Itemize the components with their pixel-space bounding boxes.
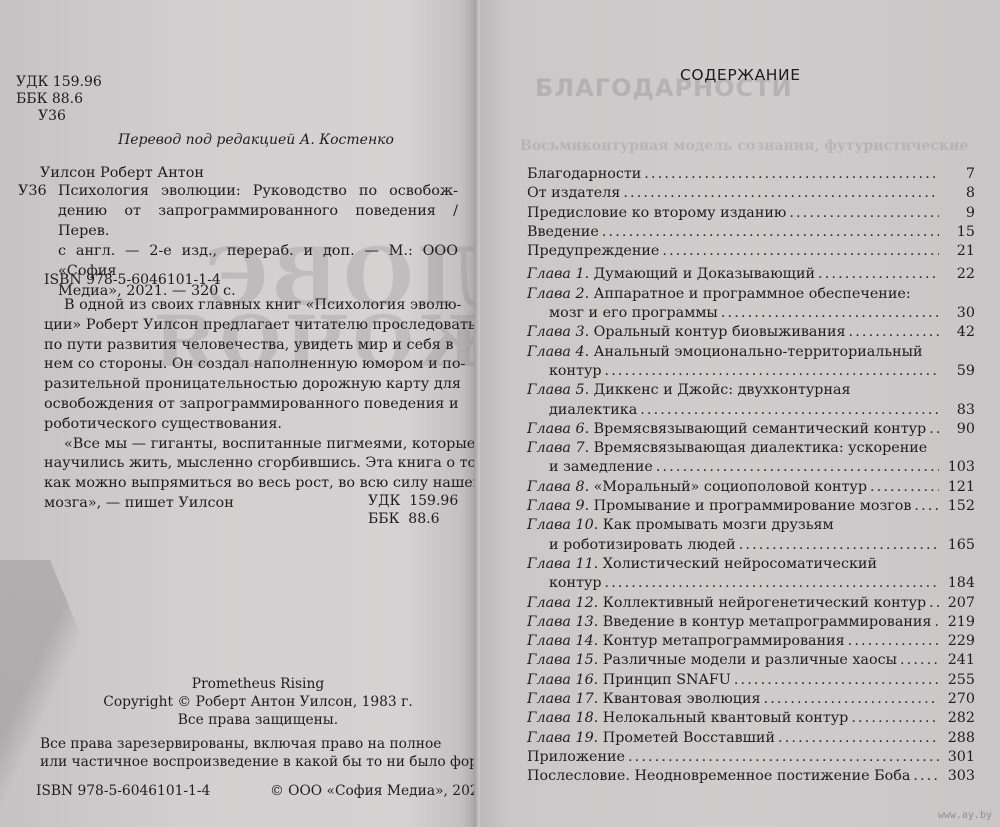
leader-dots — [929, 420, 939, 439]
udk-code: УДК 159.96 — [16, 74, 102, 91]
chapter-number: Глава 15. — [527, 652, 598, 668]
toc-title-text: и замедление — [549, 459, 653, 475]
chapter-number: Глава 16. — [527, 672, 598, 688]
toc-entry-title: Введение — [527, 223, 599, 242]
toc-entry-title: Глава 5. Диккенс и Джойс: двухконтурная — [527, 381, 851, 400]
leader-dots — [851, 709, 939, 728]
toc-entry: Глава 7. Времясвязывающая диалектика: ус… — [527, 439, 975, 478]
page-number: 301 — [945, 748, 975, 767]
toc-entry-title: Приложение — [527, 748, 625, 767]
copyright-line: Copyright © Роберт Антон Уилсон, 1983 г. — [88, 693, 428, 711]
chapter-number: Глава 9. — [527, 498, 589, 514]
chapter-number: Глава 17. — [527, 691, 598, 707]
reproduction-rights: Все права зарезервированы, включая право… — [40, 735, 440, 771]
rights-reserved: Все права защищены. — [88, 711, 428, 729]
leader-dots — [656, 458, 939, 477]
biblio-line: Психология эволюции: Руководство по осво… — [58, 181, 458, 201]
leader-dots — [818, 265, 939, 284]
leader-dots — [640, 401, 939, 420]
toc-entry: Глава 4. Анальный эмоционально-территори… — [527, 343, 975, 382]
toc-entry: Глава 2. Аппаратное и программное обеспе… — [527, 285, 975, 324]
leader-dots — [628, 748, 939, 767]
toc-entry-title: Глава 1. Думающий и Доказывающий — [527, 265, 815, 284]
toc-entry: Глава 9. Промывание и программирование м… — [527, 497, 975, 516]
toc-entry-title: Глава 17. Квантовая эволюция — [527, 690, 761, 709]
toc-entry: Предупреждение21 — [527, 242, 975, 261]
page-number: 184 — [945, 574, 975, 593]
toc-entry-title: и замедление — [549, 458, 653, 477]
bbk-code: ББК 88.6 — [368, 510, 458, 528]
toc-title-text: Благодарности — [527, 166, 641, 182]
toc-entry: Глава 18. Нелокальный квантовый контур28… — [527, 709, 975, 728]
toc-entry: Глава 3. Оральный контур биовыживания42 — [527, 323, 975, 342]
chapter-number: Глава 12. — [527, 595, 598, 611]
toc-entry: Глава 14. Контур метапрограммирования229 — [527, 632, 975, 651]
page-number: 241 — [945, 651, 975, 670]
toc-entry-title: контур — [549, 362, 602, 381]
leader-dots — [913, 767, 939, 786]
leader-dots — [934, 613, 939, 632]
udk-bbk-codes-top: УДК 159.96 ББК 88.6 У36 — [16, 74, 102, 125]
show-through-text: Восьмиконтурная модель сознания, футурис… — [520, 138, 968, 154]
toc-title-text: Промывание и программирование мозгов — [594, 498, 912, 514]
toc-entry-title: Глава 13. Введение в контур метапрограмм… — [527, 613, 931, 632]
toc-title-text: Оральный контур биовыживания — [594, 324, 846, 340]
annotation-line: научились жить, мысленно сгорбившись. Эт… — [44, 454, 444, 474]
toc-title-text: Послесловие. Неодновременное постижение … — [527, 768, 910, 784]
toc-entry: Глава 6. Времясвязывающий семантический … — [527, 420, 975, 439]
chapter-number: Глава 14. — [527, 633, 598, 649]
rights-line: или частичное воспроизведение в какой бы… — [40, 753, 440, 771]
chapter-number: Глава 7. — [527, 440, 589, 456]
toc-entry-title: Предупреждение — [527, 242, 659, 261]
page-number: 22 — [945, 265, 975, 284]
page-number: 21 — [945, 242, 975, 261]
leader-dots — [605, 574, 939, 593]
toc-title-text: и роботизировать людей — [549, 537, 736, 553]
toc-entry: Глава 5. Диккенс и Джойс: двухконтурнаяд… — [527, 381, 975, 420]
chapter-number: Глава 11. — [527, 556, 598, 572]
leader-dots — [739, 536, 939, 555]
book-annotation: В одной из своих главных книг «Психологи… — [44, 296, 444, 514]
toc-title-text: Анальный эмоционально-территориальный — [594, 344, 923, 360]
chapter-number: Глава 1. — [527, 266, 589, 282]
toc-entry: Введение15 — [527, 223, 975, 242]
toc-title-text: Квантовая эволюция — [603, 691, 761, 707]
leader-dots — [849, 323, 939, 342]
annotation-line: роботического существования. — [44, 415, 444, 435]
toc-entry-title: Глава 19. Прометей Восставший — [527, 729, 775, 748]
toc-title-text: Принцип SNAFU — [603, 672, 731, 688]
leader-dots — [734, 671, 939, 690]
toc-title-text: Диккенс и Джойс: двухконтурная — [594, 382, 851, 398]
author-mark: У36 — [16, 108, 102, 125]
toc-title-text: контур — [549, 575, 602, 591]
toc-title-text: Холистический нейросоматический — [603, 556, 877, 572]
toc-title-text: Введение — [527, 224, 599, 240]
toc-title-text: Коллективный нейрогенетический контур — [603, 595, 926, 611]
toc-entry: Приложение301 — [527, 748, 975, 767]
author-name: Уилсон Роберт Антон — [40, 163, 204, 183]
page-number: 152 — [945, 497, 975, 516]
toc-title-text: мозг и его программы — [549, 305, 718, 321]
toc-title-text: контур — [549, 363, 602, 379]
toc-entry: Глава 8. «Моральный» социополовой контур… — [527, 478, 975, 497]
leader-dots — [602, 223, 939, 242]
translator-credit: Перевод под редакцией А. Костенко — [118, 130, 394, 150]
toc-entry-title: Глава 4. Анальный эмоционально-территори… — [527, 343, 923, 362]
biblio-author-mark: У36 — [18, 181, 47, 201]
page-number: 83 — [945, 401, 975, 420]
page-number: 165 — [945, 536, 975, 555]
page-number: 59 — [945, 362, 975, 381]
table-of-contents: Благодарности7От издателя8Предисловие ко… — [527, 165, 975, 787]
toc-title-text: От издателя — [527, 185, 620, 201]
page-number: 229 — [945, 632, 975, 651]
page-number: 121 — [945, 478, 975, 497]
toc-title-text: диалектика — [549, 402, 637, 418]
annotation-line: как можно выпрямиться во весь рост, во в… — [44, 474, 444, 494]
annotation-line: нем со стороны. Он создал наполненную юм… — [44, 355, 444, 375]
toc-title-text: Аппаратное и программное обеспечение: — [594, 286, 911, 302]
original-title: Prometheus Rising — [88, 675, 428, 693]
toc-entry: Предисловие ко второму изданию9 — [527, 204, 975, 223]
leader-dots — [644, 165, 939, 184]
leader-dots — [778, 729, 939, 748]
chapter-number: Глава 6. — [527, 421, 589, 437]
page-number: 7 — [945, 165, 975, 184]
toc-entry-title: Глава 2. Аппаратное и программное обеспе… — [527, 285, 911, 304]
toc-entry: Глава 17. Квантовая эволюция270 — [527, 690, 975, 709]
toc-title-text: Времясвязывающая диалектика: ускорение — [594, 440, 928, 456]
leader-dots — [721, 304, 939, 323]
chapter-number: Глава 3. — [527, 324, 589, 340]
annotation-line: ции» Роберт Уилсон предлагает читателю п… — [44, 316, 444, 336]
leader-dots — [929, 594, 939, 613]
toc-entry-title: мозг и его программы — [549, 304, 718, 323]
toc-entry: Благодарности7 — [527, 165, 975, 184]
page-number: 42 — [945, 323, 975, 342]
chapter-number: Глава 8. — [527, 479, 589, 495]
toc-entry-title: Глава 3. Оральный контур биовыживания — [527, 323, 846, 342]
contents-title: СОДЕРЖАНИЕ — [680, 66, 801, 84]
toc-title-text: Контур метапрограммирования — [603, 633, 845, 649]
chapter-number: Глава 18. — [527, 710, 598, 726]
page-number: 219 — [945, 613, 975, 632]
copyright-notice: Prometheus Rising Copyright © Роберт Ант… — [88, 675, 428, 729]
toc-entry-title: Благодарности — [527, 165, 641, 184]
page-number: 255 — [945, 671, 975, 690]
leader-dots — [605, 362, 939, 381]
page-number: 9 — [945, 204, 975, 223]
toc-entry-title: Глава 12. Коллективный нейрогенетический… — [527, 594, 926, 613]
toc-title-text: Предисловие ко второму изданию — [527, 205, 786, 221]
chapter-number: Глава 13. — [527, 614, 598, 630]
site-watermark: www.ay.by — [938, 810, 992, 821]
toc-entry-title: Глава 11. Холистический нейросоматически… — [527, 555, 877, 574]
toc-entry: Глава 1. Думающий и Доказывающий22 — [527, 265, 975, 284]
toc-entry-title: и роботизировать людей — [549, 536, 736, 555]
toc-entry-title: Глава 9. Промывание и программирование м… — [527, 497, 911, 516]
toc-entry-title: Глава 15. Различные модели и различные х… — [527, 651, 897, 670]
toc-entry: Глава 16. Принцип SNAFU255 — [527, 671, 975, 690]
page-number: 303 — [945, 767, 975, 786]
toc-title-text: Прометей Восставший — [603, 730, 775, 746]
annotation-line: разительной проницательностью дорожную к… — [44, 375, 444, 395]
toc-title-text: Различные модели и различные хаосы — [603, 652, 897, 668]
toc-title-text: Как промывать мозги друзьям — [603, 517, 834, 533]
udk-bbk-codes-bottom: УДК 159.96 ББК 88.6 — [368, 492, 458, 528]
toc-entry-title: Глава 6. Времясвязывающий семантический … — [527, 420, 926, 439]
annotation-line: освобождения от запрограммированного пов… — [44, 395, 444, 415]
toc-entry-title: Послесловие. Неодновременное постижение … — [527, 767, 910, 786]
leader-dots — [662, 242, 939, 261]
toc-entry: Глава 11. Холистический нейросоматически… — [527, 555, 975, 594]
annotation-line: «Все мы — гиганты, воспитанные пигмеями,… — [44, 435, 444, 455]
toc-entry-title: Глава 14. Контур метапрограммирования — [527, 632, 845, 651]
chapter-number: Глава 10. — [527, 517, 598, 533]
toc-title-text: Введение в контур метапрограммирования — [603, 614, 932, 630]
toc-title-text: Нелокальный квантовый контур — [603, 710, 849, 726]
toc-entry-title: диалектика — [549, 401, 637, 420]
toc-title-text: Приложение — [527, 749, 625, 765]
leader-dots — [623, 184, 939, 203]
toc-title-text: Времясвязывающий семантический контур — [594, 421, 927, 437]
toc-entry: Глава 12. Коллективный нейрогенетический… — [527, 594, 975, 613]
page-number: 270 — [945, 690, 975, 709]
leader-dots — [900, 651, 939, 670]
toc-entry-title: Предисловие ко второму изданию — [527, 204, 786, 223]
leader-dots — [914, 497, 939, 516]
publisher-copyright: © ООО «София Медиа», 2021 — [270, 781, 487, 801]
chapter-number: Глава 4. — [527, 344, 589, 360]
toc-entry: Глава 19. Прометей Восставший288 — [527, 729, 975, 748]
toc-title-text: Предупреждение — [527, 243, 659, 259]
page-number: 207 — [945, 594, 975, 613]
toc-entry-title: Глава 16. Принцип SNAFU — [527, 671, 731, 690]
toc-entry: Глава 13. Введение в контур метапрограмм… — [527, 613, 975, 632]
toc-entry-title: Глава 10. Как промывать мозги друзьям — [527, 516, 834, 535]
toc-entry: Глава 10. Как промывать мозги друзьями р… — [527, 516, 975, 555]
leader-dots — [789, 204, 939, 223]
leader-dots — [848, 632, 939, 651]
leader-dots — [764, 690, 939, 709]
toc-entry-title: Глава 8. «Моральный» социополовой контур — [527, 478, 867, 497]
isbn-top: ISBN 978-5-6046101-1-4 — [44, 270, 221, 290]
toc-title-text: Думающий и Доказывающий — [594, 266, 815, 282]
annotation-line: по пути развития человечества, увидеть м… — [44, 336, 444, 356]
chapter-number: Глава 2. — [527, 286, 589, 302]
toc-entry-title: Глава 7. Времясвязывающая диалектика: ус… — [527, 439, 927, 458]
page-number: 15 — [945, 223, 975, 242]
chapter-number: Глава 19. — [527, 730, 598, 746]
toc-entry-title: контур — [549, 574, 602, 593]
toc-entry: Послесловие. Неодновременное постижение … — [527, 767, 975, 786]
page-number: 30 — [945, 304, 975, 323]
chapter-number: Глава 5. — [527, 382, 589, 398]
toc-entry-title: От издателя — [527, 184, 620, 203]
rights-line: Все права зарезервированы, включая право… — [40, 735, 440, 753]
page-number: 90 — [945, 420, 975, 439]
page-number: 282 — [945, 709, 975, 728]
annotation-line: В одной из своих главных книг «Психологи… — [44, 296, 444, 316]
biblio-line: дению от запрограммированного поведения … — [58, 201, 458, 241]
udk-code: УДК 159.96 — [368, 492, 458, 510]
page-number: 8 — [945, 184, 975, 203]
leader-dots — [870, 478, 939, 497]
bbk-code: ББК 88.6 — [16, 91, 102, 108]
page-number: 103 — [945, 458, 975, 477]
toc-entry: Глава 15. Различные модели и различные х… — [527, 651, 975, 670]
toc-title-text: «Моральный» социополовой контур — [594, 479, 867, 495]
toc-entry-title: Глава 18. Нелокальный квантовый контур — [527, 709, 848, 728]
isbn-bottom: ISBN 978-5-6046101-1-4 — [36, 781, 210, 801]
left-page-imprint: ИИЦЮЛОВЄ ИАИЖОЧОЯ УДК 159.96 ББК 88.6 У3… — [0, 0, 476, 827]
page-number: 288 — [945, 729, 975, 748]
toc-entry: От издателя8 — [527, 184, 975, 203]
